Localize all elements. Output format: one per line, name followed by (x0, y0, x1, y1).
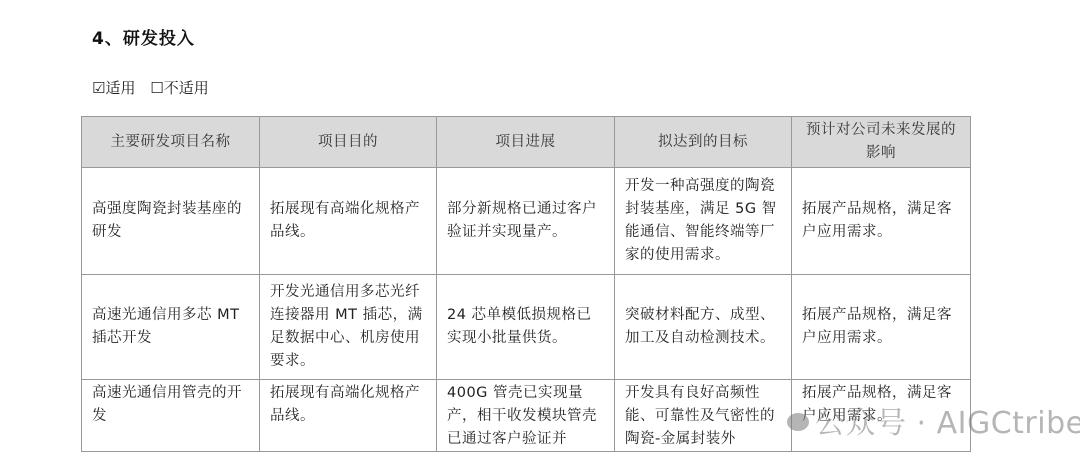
checkbox-unchecked-icon[interactable]: ☐ (150, 79, 163, 97)
wechat-icon (787, 413, 809, 431)
section-heading: 4、研发投入 (92, 24, 195, 49)
checkbox-checked-icon[interactable]: ☑ (92, 79, 105, 97)
cell-impact: 拓展产品规格，满足客户应用需求。 (792, 275, 971, 380)
option-label: 不适用 (164, 79, 209, 97)
header-progress: 项目进展 (437, 117, 615, 168)
cell-target: 开发一种高强度的陶瓷封装基座，满足 5G 智能通信、智能终端等厂家的使用需求。 (615, 168, 792, 275)
header-target: 拟达到的目标 (615, 117, 792, 168)
cell-purpose: 开发光通信用多芯光纤连接器用 MT 插芯，满足数据中心、机房使用要求。 (260, 275, 437, 380)
cell-progress: 部分新规格已通过客户验证并实现量产。 (437, 168, 615, 275)
cell-progress: 24 芯单模低损规格已实现小批量供货。 (437, 275, 615, 380)
header-project-name: 主要研发项目名称 (82, 117, 260, 168)
cell-project-name: 高速光通信用管壳的开发 (82, 380, 260, 452)
table-row: 高速光通信用多芯 MT 插芯开发 开发光通信用多芯光纤连接器用 MT 插芯，满足… (82, 275, 971, 380)
cell-progress: 400G 管壳已实现量产，相干收发模块管壳已通过客户验证并 (437, 380, 615, 452)
cell-impact: 拓展产品规格，满足客户应用需求。 (792, 168, 971, 275)
option-not-applicable[interactable]: ☐不适用 (150, 79, 208, 97)
applicability-options: ☑适用 ☐不适用 (92, 77, 219, 98)
cell-target: 突破材料配方、成型、加工及自动检测技术。 (615, 275, 792, 380)
header-impact: 预计对公司未来发展的影响 (792, 117, 971, 168)
cell-target: 开发具有良好高频性能、可靠性及气密性的陶瓷-金属封装外 (615, 380, 792, 452)
watermark-text: 公众号 · AIGCtribe (815, 406, 1080, 441)
watermark: 公众号 · AIGCtribe (787, 398, 1080, 442)
header-purpose: 项目目的 (260, 117, 437, 168)
cell-purpose: 拓展现有高端化规格产品线。 (260, 380, 437, 452)
cell-project-name: 高强度陶瓷封装基座的研发 (82, 168, 260, 275)
option-label: 适用 (105, 79, 135, 97)
table-header-row: 主要研发项目名称 项目目的 项目进展 拟达到的目标 预计对公司未来发展的影响 (82, 117, 971, 168)
option-applicable[interactable]: ☑适用 (92, 79, 140, 97)
cell-project-name: 高速光通信用多芯 MT 插芯开发 (82, 275, 260, 380)
cell-purpose: 拓展现有高端化规格产品线。 (260, 168, 437, 275)
table-row: 高强度陶瓷封装基座的研发 拓展现有高端化规格产品线。 部分新规格已通过客户验证并… (82, 168, 971, 275)
